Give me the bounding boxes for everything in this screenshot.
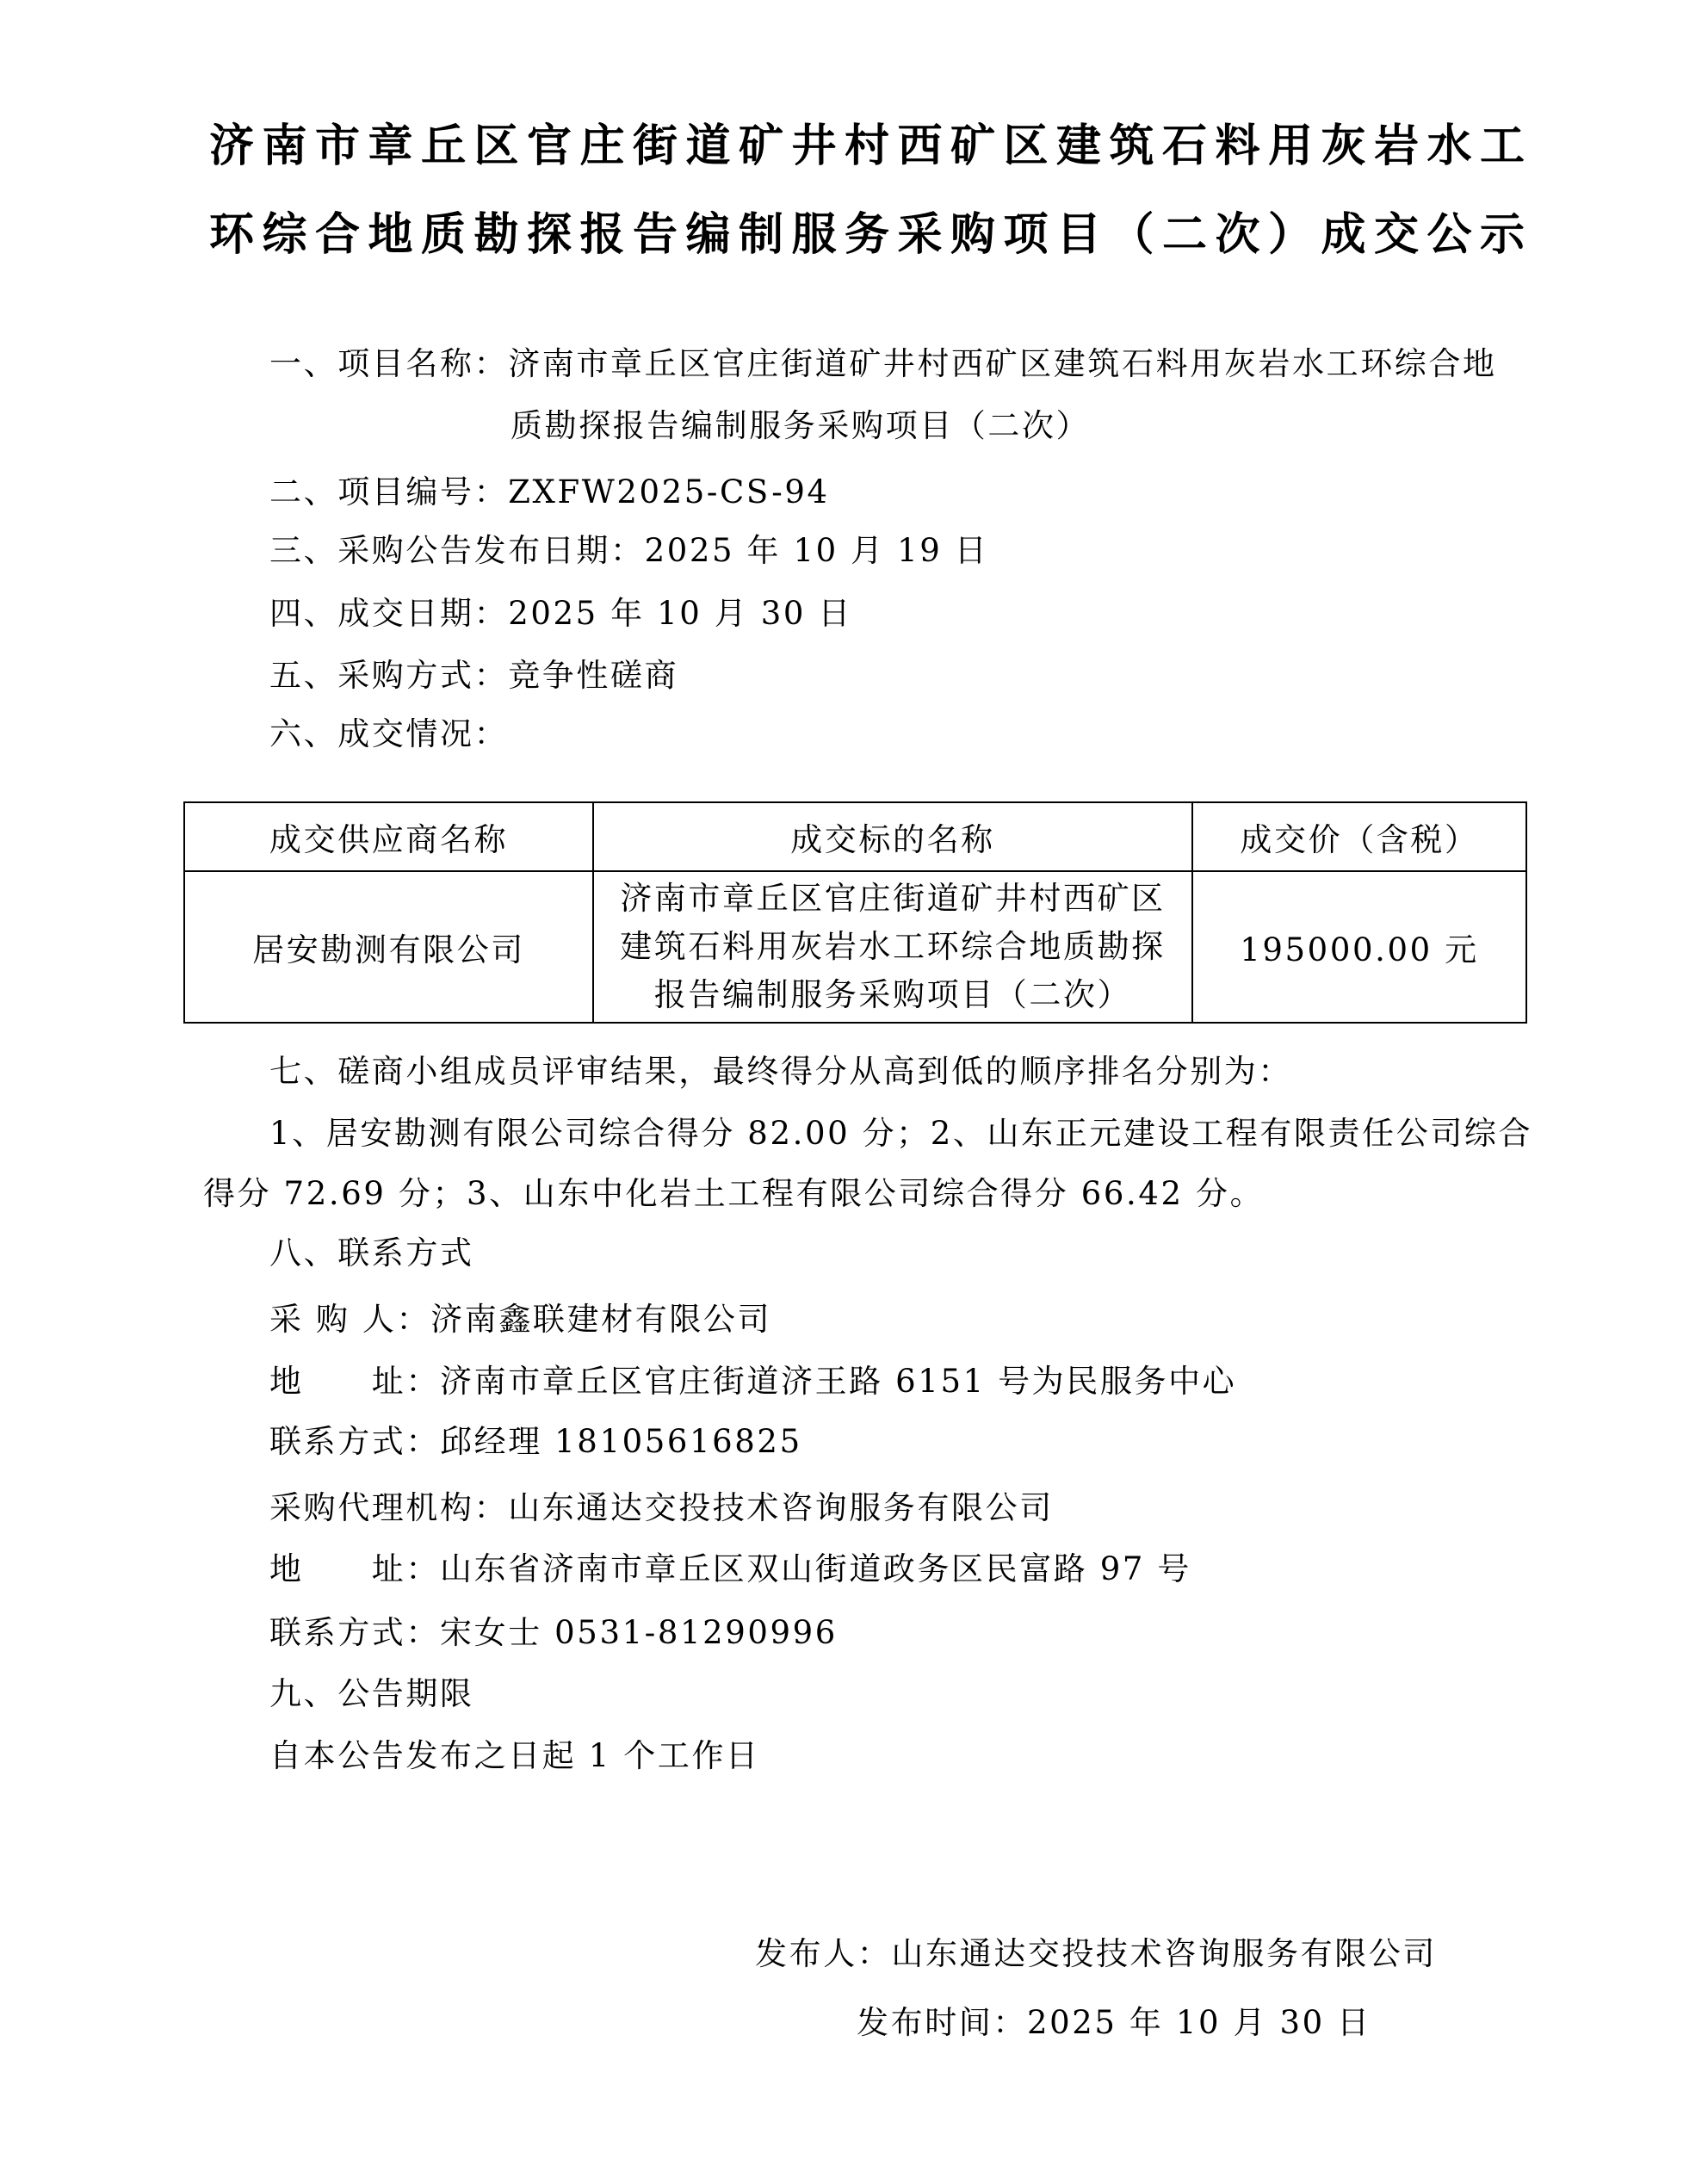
agency-contact-row: 联系方式：宋女士 0531-81290996 (269, 1612, 838, 1655)
agency-contact-value: 宋女士 0531-81290996 (440, 1614, 838, 1651)
method-value: 竞争性磋商 (508, 657, 678, 694)
deal-date-label: 四、成交日期： (269, 595, 508, 632)
agency-contact-label: 联系方式： (269, 1614, 440, 1651)
publish-date-label: 发布时间： (857, 2004, 1027, 2041)
review-heading: 七、磋商小组成员评审结果，最终得分从高到低的顺序排名分别为： (269, 1050, 1292, 1093)
method-label: 五、采购方式： (269, 657, 508, 694)
header-subject: 成交标的名称 (593, 802, 1192, 871)
purchaser-address-value: 济南市章丘区官庄街道济王路 6151 号为民服务中心 (440, 1363, 1236, 1400)
cell-price: 195000.00 元 (1192, 871, 1526, 1023)
announce-date-value: 2025 年 10 月 19 日 (645, 532, 989, 569)
table-row: 居安勘测有限公司 济南市章丘区官庄街道矿井村西矿区 建筑石料用灰岩水工环综合地质… (184, 871, 1526, 1023)
page-title-line-1: 济南市章丘区官庄街道矿井村西矿区建筑石料用灰岩水工 (209, 116, 1533, 176)
table-header-row: 成交供应商名称 成交标的名称 成交价（含税） (184, 802, 1526, 871)
purchaser-contact-label: 联系方式： (269, 1423, 440, 1460)
method-row: 五、采购方式：竞争性磋商 (269, 654, 678, 697)
document-page: 济南市章丘区官庄街道矿井村西矿区建筑石料用灰岩水工 环综合地质勘探报告编制服务采… (0, 0, 1708, 2159)
cell-subject: 济南市章丘区官庄街道矿井村西矿区 建筑石料用灰岩水工环综合地质勘探 报告编制服务… (593, 871, 1192, 1023)
project-name-label: 一、项目名称： (269, 345, 508, 382)
cell-subject-line-2: 建筑石料用灰岩水工环综合地质勘探 (594, 923, 1191, 971)
period-value: 自本公告发布之日起 1 个工作日 (269, 1735, 760, 1778)
announce-date-row: 三、采购公告发布日期：2025 年 10 月 19 日 (269, 529, 988, 572)
project-name-line-2: 质勘探报告编制服务采购项目（二次） (511, 405, 1090, 448)
purchaser-address-label: 地 址： (269, 1363, 440, 1400)
cell-subject-line-3: 报告编制服务采购项目（二次） (594, 971, 1191, 1019)
deal-date-value: 2025 年 10 月 30 日 (508, 595, 852, 632)
page-title-line-2: 环综合地质勘探报告编制服务采购项目（二次）成交公示 (209, 205, 1533, 265)
review-line-2: 得分 72.69 分；3、山东中化岩土工程有限公司综合得分 66.42 分。 (203, 1172, 1264, 1216)
review-line-1: 1、居安勘测有限公司综合得分 82.00 分；2、山东正元建设工程有限责任公司综… (269, 1112, 1532, 1155)
purchaser-row: 采 购 人：济南鑫联建材有限公司 (269, 1298, 771, 1341)
deal-table: 成交供应商名称 成交标的名称 成交价（含税） 居安勘测有限公司 济南市章丘区官庄… (183, 801, 1527, 1024)
agency-value: 山东通达交投技术咨询服务有限公司 (508, 1489, 1054, 1526)
project-number-label: 二、项目编号： (269, 473, 508, 510)
publisher-row: 发布人：山东通达交投技术咨询服务有限公司 (755, 1933, 1437, 1976)
cell-subject-line-1: 济南市章丘区官庄街道矿井村西矿区 (594, 875, 1191, 923)
purchaser-value: 济南鑫联建材有限公司 (430, 1301, 771, 1338)
project-number-row: 二、项目编号：ZXFW2025-CS-94 (269, 471, 830, 514)
contact-heading: 八、联系方式 (269, 1232, 474, 1275)
project-name-row: 一、项目名称：济南市章丘区官庄街道矿井村西矿区建筑石料用灰岩水工环综合地 (269, 343, 1497, 386)
purchaser-contact-row: 联系方式：邱经理 18105616825 (269, 1420, 802, 1463)
publisher-value: 山东通达交投技术咨询服务有限公司 (891, 1935, 1437, 1972)
header-supplier: 成交供应商名称 (184, 802, 593, 871)
publish-date-row: 发布时间：2025 年 10 月 30 日 (857, 2001, 1371, 2045)
publisher-label: 发布人： (755, 1935, 891, 1972)
agency-address-label: 地 址： (269, 1550, 440, 1587)
period-heading: 九、公告期限 (269, 1673, 474, 1716)
header-price: 成交价（含税） (1192, 802, 1526, 871)
agency-label: 采购代理机构： (269, 1489, 508, 1526)
deal-info-heading: 六、成交情况： (269, 713, 508, 756)
cell-supplier: 居安勘测有限公司 (184, 871, 593, 1023)
publish-date-value: 2025 年 10 月 30 日 (1027, 2004, 1371, 2041)
agency-address-value: 山东省济南市章丘区双山街道政务区民富路 97 号 (440, 1550, 1191, 1587)
project-name-line-1: 济南市章丘区官庄街道矿井村西矿区建筑石料用灰岩水工环综合地 (508, 345, 1496, 382)
agency-row: 采购代理机构：山东通达交投技术咨询服务有限公司 (269, 1487, 1054, 1530)
purchaser-address-row: 地 址：济南市章丘区官庄街道济王路 6151 号为民服务中心 (269, 1360, 1236, 1403)
agency-address-row: 地 址：山东省济南市章丘区双山街道政务区民富路 97 号 (269, 1548, 1191, 1591)
purchaser-label: 采 购 人： (269, 1301, 430, 1338)
purchaser-contact-value: 邱经理 18105616825 (440, 1423, 802, 1460)
deal-date-row: 四、成交日期：2025 年 10 月 30 日 (269, 592, 852, 635)
project-number-value: ZXFW2025-CS-94 (508, 473, 829, 510)
announce-date-label: 三、采购公告发布日期： (269, 532, 645, 569)
